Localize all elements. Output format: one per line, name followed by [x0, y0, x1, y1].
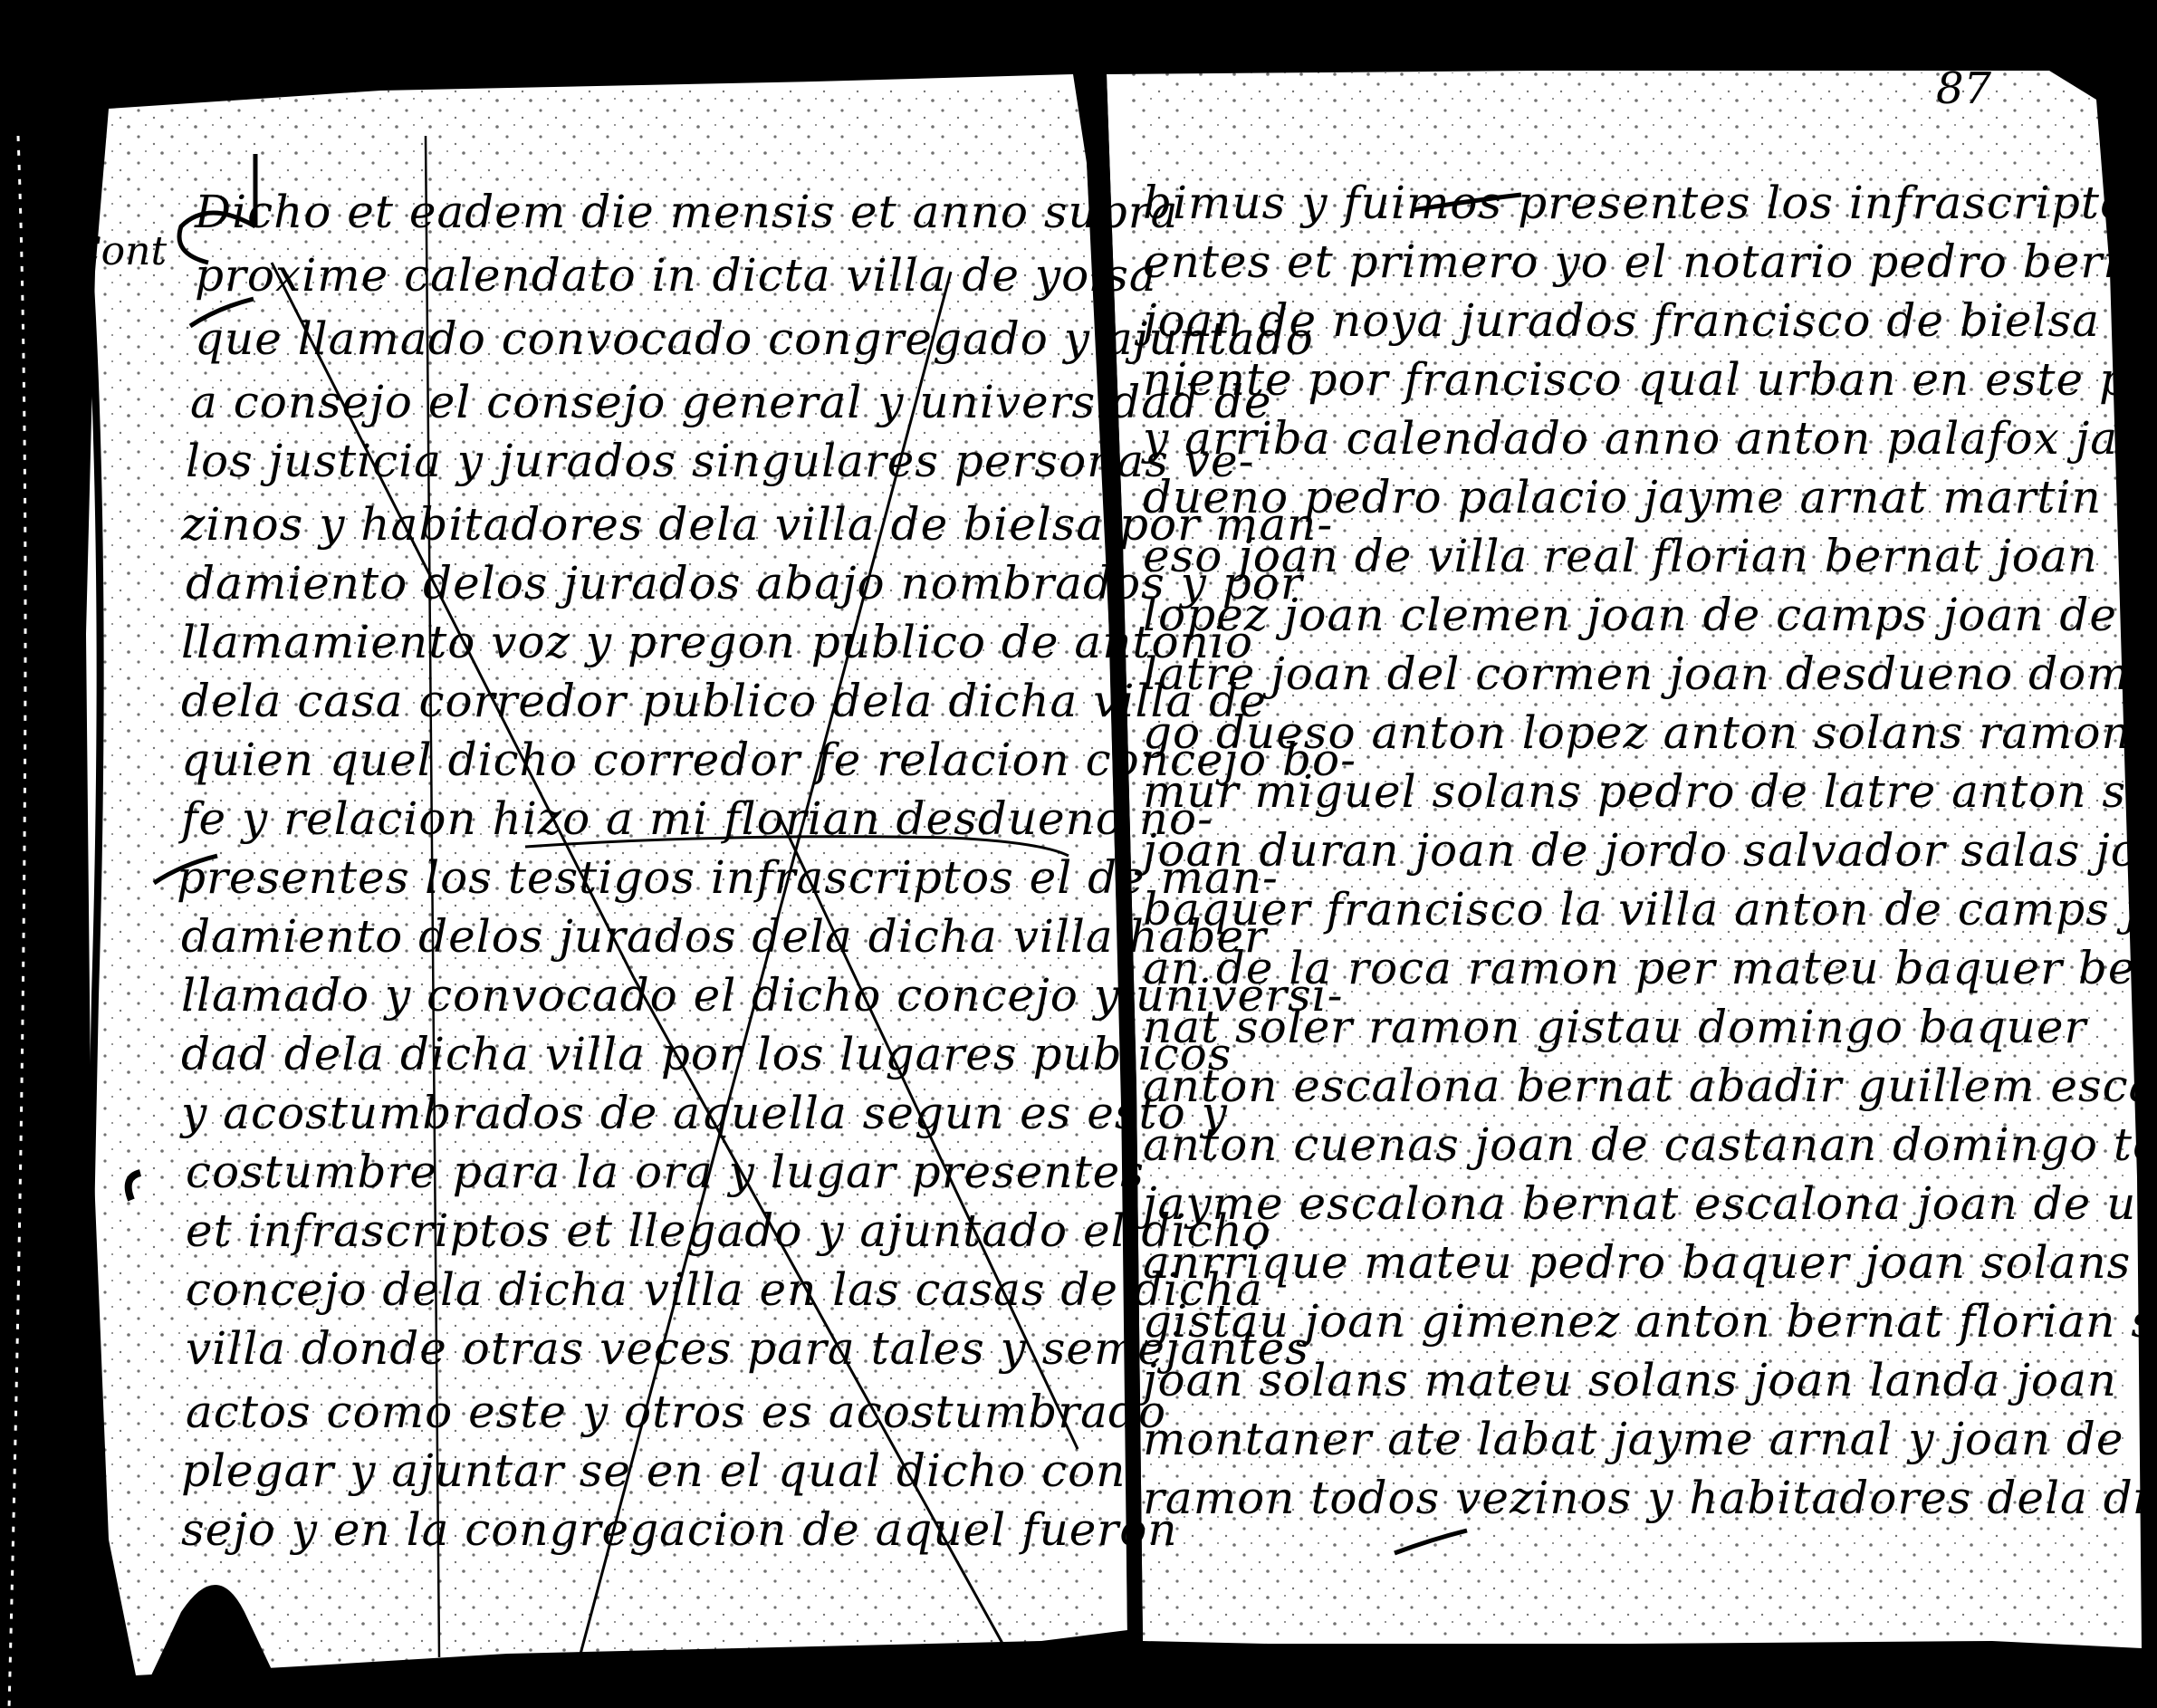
manuscript-line: dueno pedro palacio jayme arnat martin d…	[1143, 471, 2157, 523]
manuscript-line: y arriba calendado anno anton palafox ja…	[1143, 412, 2157, 465]
right-page: 87 bimus y fuimos presentes los infrascr…	[0, 0, 2157, 1708]
manuscript-line: gistau joan gimenez anton bernat florian…	[1143, 1295, 2157, 1348]
manuscript-line: niente por francisco qual urban en este …	[1143, 353, 2157, 406]
manuscript-line: eso joan de villa real florian bernat jo…	[1143, 530, 2098, 582]
manuscript-line: joan duran joan de jordo salvador salas …	[1143, 824, 2157, 877]
manuscript-line: jayme escalona bernat escalona joan de u…	[1143, 1177, 2157, 1230]
manuscript-line: entes et primero yo el notario pedro ber…	[1143, 235, 2157, 288]
manuscript-line: joan solans mateu solans joan landa joan	[1143, 1354, 2117, 1406]
manuscript-line: anton escalona bernat abadir guillem esc…	[1143, 1060, 2157, 1112]
manuscript-line: nat soler ramon gistau domingo baquer	[1143, 1001, 2086, 1053]
manuscript-line: montaner ate labat jayme arnal y joan de	[1143, 1413, 2124, 1465]
manuscript-line: ramon todos vezinos y habitadores dela d…	[1143, 1472, 2157, 1524]
folio-number: 87	[1936, 63, 1991, 114]
manuscript-line: bimus y fuimos presentes los infrascript…	[1143, 177, 2157, 229]
manuscript-line: anrrique mateu pedro baquer joan solans …	[1143, 1236, 2157, 1289]
manuscript-line: latre joan del cormen joan desdueno domi…	[1143, 648, 2157, 700]
manuscript-line: baquer francisco la villa anton de camps…	[1143, 883, 2157, 936]
manuscript-line: lopez joan clemen joan de camps joan de	[1143, 589, 2117, 641]
manuscript-line: anton cuenas joan de castanan domingo to…	[1143, 1118, 2157, 1171]
manuscript-line: an de la roca ramon per mateu baquer ber…	[1143, 942, 2157, 994]
manuscript-line: joan de noya jurados francisco de bielsa…	[1143, 294, 2157, 347]
manuscript-line: mur miguel solans pedro de latre anton s…	[1143, 765, 2157, 818]
manuscript-line: go dueso anton lopez anton solans ramon …	[1143, 706, 2157, 759]
